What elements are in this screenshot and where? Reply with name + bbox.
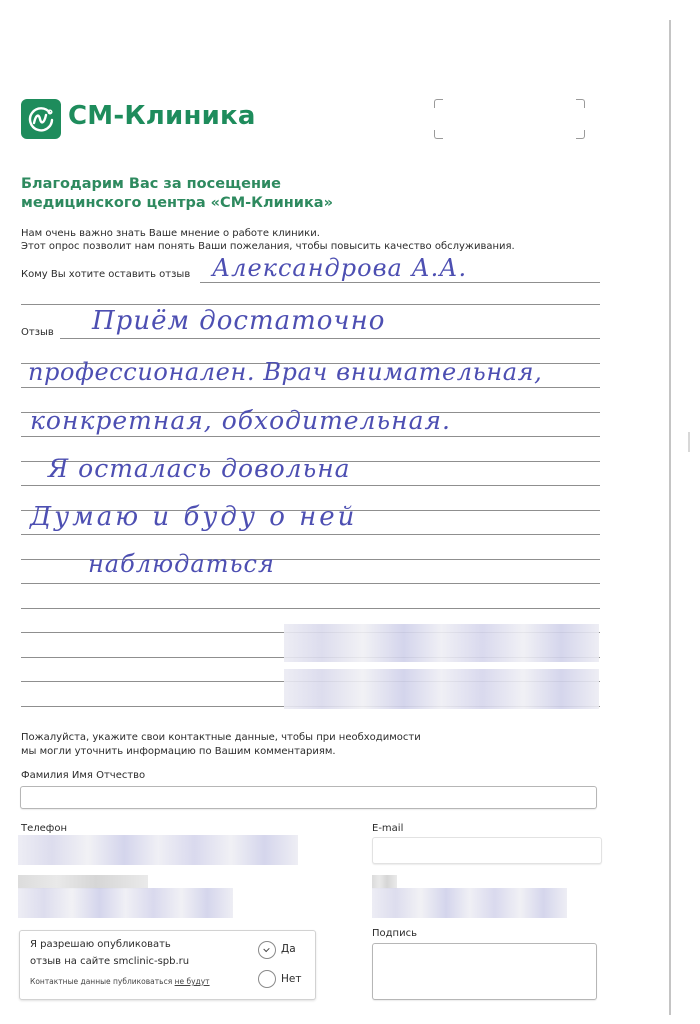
redacted-block: [18, 875, 148, 889]
phone-label: Телефон: [21, 823, 67, 834]
ruled-line: [21, 485, 600, 486]
radio-yes-label: Да: [281, 943, 296, 955]
review-line: наблюдаться: [88, 550, 275, 578]
page-edge: [669, 20, 671, 1015]
redacted-block: [372, 888, 567, 918]
full-name-field[interactable]: [20, 786, 597, 809]
review-line: конкретная, обходительная.: [30, 406, 451, 435]
intro-line-2: Этот опрос позволит нам понять Ваши поже…: [21, 240, 515, 253]
consent-note-emphasis: не будут: [175, 977, 210, 986]
scan-mark: [688, 432, 690, 452]
recipient-line: [200, 282, 600, 283]
review-line: профессионален. Врач внимательная,: [28, 358, 542, 386]
contact-prompt-line-2: мы могли уточнить информацию по Вашим ко…: [21, 745, 421, 759]
consent-note-text: Контактные данные публиковаться: [30, 977, 175, 986]
redacted-block: [18, 888, 233, 918]
ruled-line: [21, 387, 600, 388]
qr-corner-icon: [434, 99, 443, 108]
form-heading: Благодарим Вас за посещение медицинского…: [21, 175, 333, 213]
redacted-signature: [284, 624, 599, 662]
wave-circle-icon: [26, 104, 56, 134]
ruled-line: [21, 608, 600, 609]
signature-label: Подпись: [372, 928, 417, 939]
recipient-field[interactable]: Александрова А.А.: [212, 254, 467, 282]
logo-mark: [21, 99, 61, 139]
email-field[interactable]: [372, 837, 602, 864]
redacted-date: [284, 669, 599, 709]
consent-line-1: Я разрешаю опубликовать: [30, 939, 171, 950]
signature-field[interactable]: [372, 943, 597, 1000]
intro-text: Нам очень важно знать Ваше мнение о рабо…: [21, 227, 515, 253]
review-label: Отзыв: [21, 327, 54, 338]
review-line: Приём достаточно: [92, 306, 385, 336]
intro-line-1: Нам очень важно знать Ваше мнение о рабо…: [21, 227, 515, 240]
email-label: E-mail: [372, 823, 403, 834]
ruled-line: [60, 338, 600, 339]
review-line: Я осталась довольна: [48, 454, 351, 483]
full-name-label: Фамилия Имя Отчество: [21, 770, 145, 781]
consent-line-2: отзыв на сайте smclinic-spb.ru: [30, 956, 189, 967]
recipient-label: Кому Вы хотите оставить отзыв: [21, 269, 190, 280]
phone-field[interactable]: [18, 835, 298, 865]
radio-no[interactable]: [258, 970, 276, 988]
ruled-line: [21, 436, 600, 437]
check-icon: [263, 946, 269, 952]
brand-name: СМ-Клиника: [68, 101, 256, 131]
ruled-line: [21, 583, 600, 584]
radio-no-label: Нет: [281, 973, 301, 985]
qr-corner-icon: [434, 130, 443, 139]
radio-yes[interactable]: [258, 941, 276, 959]
qr-corner-icon: [576, 130, 585, 139]
heading-line-2: медицинского центра «СМ-Клиника»: [21, 194, 333, 213]
qr-corner-icon: [576, 99, 585, 108]
contact-prompt: Пожалуйста, укажите свои контактные данн…: [21, 731, 421, 759]
ruled-line: [21, 534, 600, 535]
ruled-line: [21, 304, 600, 305]
consent-note: Контактные данные публиковаться не будут: [30, 977, 210, 986]
redacted-block: [372, 875, 397, 889]
heading-line-1: Благодарим Вас за посещение: [21, 175, 333, 194]
review-line: Думаю и буду о ней: [30, 502, 357, 532]
contact-prompt-line-1: Пожалуйста, укажите свои контактные данн…: [21, 731, 421, 745]
